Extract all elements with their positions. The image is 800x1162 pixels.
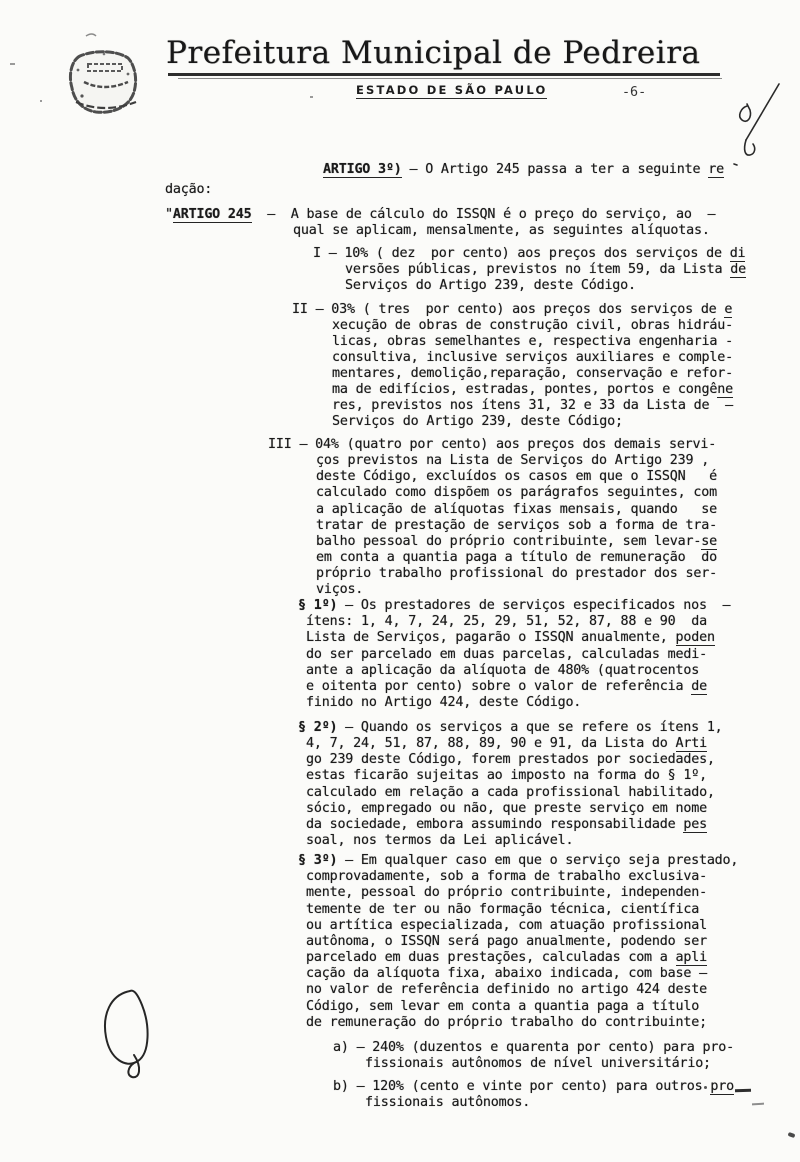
stray-ink-dot — [704, 1086, 707, 1089]
text-line: sócio, empregado ou não, que preste serv… — [306, 801, 707, 817]
handwritten-circle-scribble — [96, 985, 160, 1085]
text-line: balho pessoal do próprio contribuinte, s… — [316, 534, 717, 550]
title-rule-top — [168, 73, 720, 76]
text-line: I – 10% ( dez por cento) aos preços dos … — [313, 246, 745, 262]
text-line: em conta a quantia paga a título de remu… — [316, 550, 717, 566]
document-title: Prefeitura Municipal de Pedreira — [166, 35, 700, 71]
text-line: 4, 7, 24, 51, 87, 88, 89, 90 e 91, da Li… — [306, 736, 707, 752]
text-line: mente, pessoal do próprio contribuinte, … — [306, 885, 707, 901]
text-line: autônoma, o ISSQN será pago anualmente, … — [306, 934, 707, 950]
text-line: Lista de Serviços, pagarão o ISSQN anual… — [306, 630, 715, 646]
text-line: ante a aplicação da alíquota de 480% (qu… — [306, 663, 699, 679]
text-line: II – 03% ( tres por cento) aos preços do… — [292, 302, 732, 318]
text-line: res, previstos nos ítens 31, 32 e 33 da … — [332, 398, 733, 414]
text-line: go 239 deste Código, forem prestados por… — [306, 752, 715, 768]
text-line: mentares, demolição,reparação, conservaç… — [332, 366, 733, 382]
text-line: Código, sem levar em conta a quantia pag… — [306, 999, 699, 1015]
text-line: qual se aplicam, mensalmente, as seguint… — [293, 223, 710, 239]
text-line: de remuneração do próprio trabalho do co… — [306, 1015, 707, 1031]
text-line: b) – 120% (cento e vinte por cento) para… — [333, 1079, 734, 1095]
text-line: Serviços do Artigo 239, deste Código. — [345, 278, 636, 294]
text-line: III – 04% (quatro por cento) aos preços … — [268, 437, 716, 453]
page-number: -6- — [622, 85, 646, 100]
text-line: § 2º) – Quando os serviços a que se refe… — [298, 720, 723, 736]
document-subtitle: ESTADO DE SÃO PAULO — [356, 83, 547, 99]
text-line: próprio trabalho profissional do prestad… — [316, 566, 717, 582]
text-line: § 1º) – Os prestadores de serviços espec… — [298, 598, 730, 614]
text-line: soal, nos termos da Lei aplicável. — [306, 833, 573, 849]
text-line: Serviços do Artigo 239, deste Código; — [332, 414, 623, 430]
handwritten-checkmark — [722, 80, 792, 170]
text-line: a) – 240% (duzentos e quarenta por cento… — [333, 1040, 734, 1056]
title-rule-bottom — [178, 78, 722, 79]
text-line: no valor de referência definido no artig… — [306, 982, 707, 998]
stray-ink-smudge — [752, 1103, 764, 1106]
text-line: ços previstos na Lista de Serviços do Ar… — [316, 453, 709, 469]
text-line: viços. — [316, 582, 363, 598]
text-line: da sociedade, embora assumindo responsab… — [306, 817, 707, 833]
text-line: deste Código, excluídos os casos em que … — [316, 469, 717, 485]
text-line: licas, obras semelhantes e, respectiva e… — [332, 334, 733, 350]
text-line: "ARTIGO 245 – A base de cálculo do ISSQN… — [165, 207, 715, 223]
text-line: ma de edifícios, estradas, pontes, porto… — [332, 382, 733, 398]
text-line: do ser parcelado em duas parcelas, calcu… — [306, 647, 707, 663]
stray-ink-dash — [735, 1089, 751, 1093]
text-line: ARTIGO 3º) – O Artigo 245 passa a ter a … — [323, 162, 724, 178]
text-line: dação: — [165, 182, 212, 198]
text-line: temente de ter ou não formação técnica, … — [306, 902, 699, 918]
text-line: fissionais autônomos de nível universitá… — [365, 1056, 711, 1072]
text-line: comprovadamente, sob a forma de trabalho… — [306, 869, 707, 885]
municipal-crest-logo — [58, 30, 153, 120]
text-line: § 3º) – Em qualquer caso em que o serviç… — [298, 853, 738, 869]
text-line: ou artítica especializada, com atuação p… — [306, 918, 707, 934]
scan-speck — [10, 63, 15, 65]
text-line: fissionais autônomos. — [365, 1095, 530, 1111]
scan-speck — [40, 100, 42, 102]
text-line: a aplicação de alíquotas fixas mensais, … — [316, 502, 717, 518]
stray-ink-corner-mark — [788, 1132, 796, 1138]
text-line: cação da alíquota fixa, abaixo indicada,… — [306, 966, 707, 982]
text-line: parcelado em duas prestações, calculadas… — [306, 950, 707, 966]
text-line: consultiva, inclusive serviços auxiliare… — [332, 350, 733, 366]
text-line: finido no Artigo 424, deste Código. — [306, 695, 581, 711]
text-line: calculado como dispõem os parágrafos seg… — [316, 485, 717, 501]
text-line: tratar de prestação de serviços sob a fo… — [316, 518, 717, 534]
text-line: e oitenta por cento) sobre o valor de re… — [306, 679, 707, 695]
scan-speck — [310, 96, 313, 98]
text-line: estas ficarão sujeitas ao imposto na for… — [306, 768, 707, 784]
text-line: xecução de obras de construção civil, ob… — [332, 318, 733, 334]
text-line: versões públicas, previstos no ítem 59, … — [345, 262, 746, 278]
scanned-document-page: Prefeitura Municipal de Pedreira ESTADO … — [0, 0, 800, 1162]
text-line: calculado em relação a cada profissional… — [306, 785, 715, 801]
text-line: ítens: 1, 4, 7, 24, 25, 29, 51, 52, 87, … — [306, 614, 707, 630]
